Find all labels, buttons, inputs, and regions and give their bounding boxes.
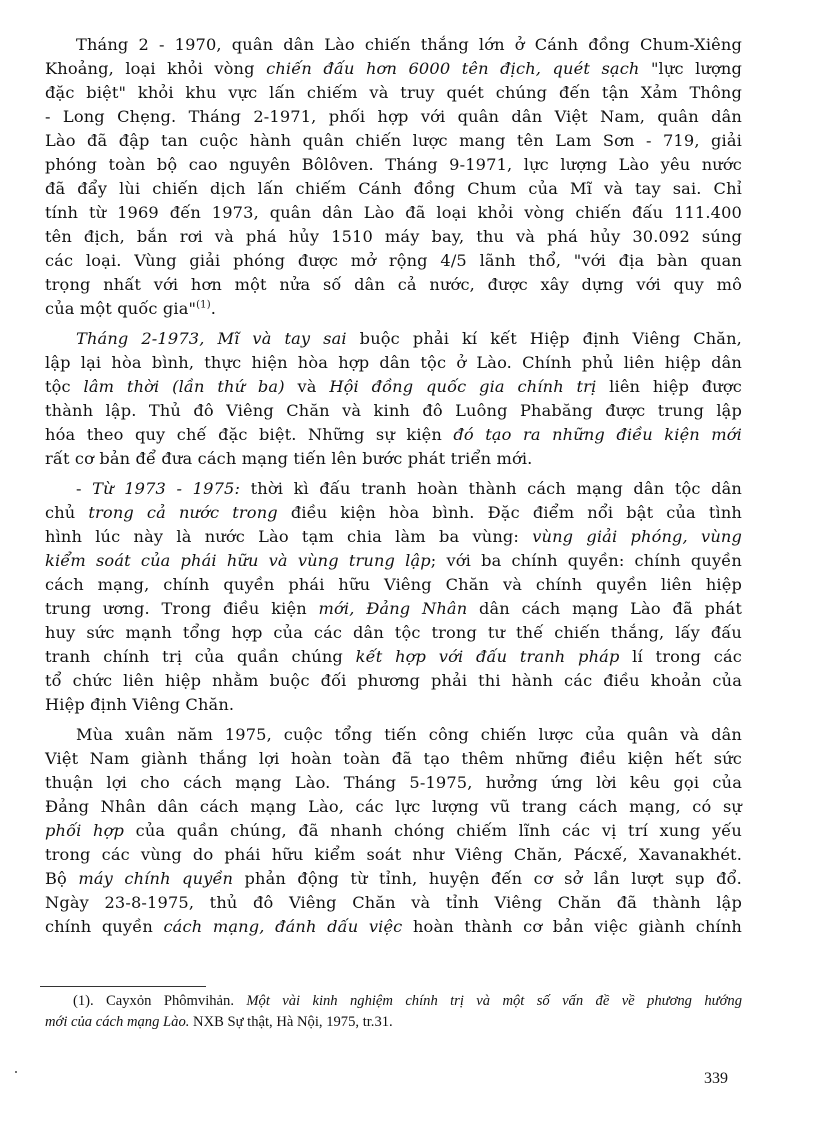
text-line: tên địch, bắn rơi và phá hủy 1510 máy ba… [45,225,742,249]
text-run: Mùa xuân năm 1975, cuộc tổng tiến công c… [76,725,742,744]
text-run: hóa theo quy chế đặc biệt. Những sự kiện [45,425,453,444]
italic-text-run: đó tạo ra những điều kiện mới [453,425,742,444]
text-run: Tháng 2 - 1970, quân dân Lào chiến thắng… [76,35,742,54]
text-line: phóng toàn bộ cao nguyên Bôlôven. Tháng … [45,153,742,177]
footnote-reference: (1) [196,300,211,311]
text-run: điều kiện hòa bình. Đặc điểm nổi bật của… [278,503,742,522]
text-run: rất cơ bản để đưa cách mạng tiến lên bướ… [45,449,532,468]
italic-text-run: trong cả nước trong [88,503,277,522]
text-run: (1). Cayxỏn Phômvihản. [73,993,246,1009]
text-run: lập lại hòa bình, thực hiện hòa hợp dân … [45,353,742,372]
text-line: chính quyền cách mạng, đánh dấu việc hoà… [45,915,742,939]
document-page: Tháng 2 - 1970, quân dân Lào chiến thắng… [0,0,816,1123]
italic-text-run: chiến đấu hơn 6000 tên địch, quét sạch [266,59,639,78]
text-line: trung ương. Trong điều kiện mới, Đảng Nh… [45,597,742,621]
text-line: tính từ 1969 đến 1973, quân dân Lào đã l… [45,201,742,225]
text-run: và [285,377,330,396]
paragraph-2: Tháng 2-1973, Mĩ và tay sai buộc phải kí… [45,327,742,471]
text-line: Lào đã đập tan cuộc hành quân chiến lược… [45,129,742,153]
text-line: Ngày 23-8-1975, thủ đô Viêng Chăn và tỉn… [45,891,742,915]
text-line: chủ trong cả nước trong điều kiện hòa bì… [45,501,742,525]
text-line: Khoảng, loại khỏi vòng chiến đấu hơn 600… [45,57,742,81]
text-line: tranh chính trị của quần chúng kết hợp v… [45,645,742,669]
text-run: tính từ 1969 đến 1973, quân dân Lào đã l… [45,203,742,222]
footnote-line: mới của cách mạng Lào. NXB Sự thật, Hà N… [45,1012,742,1033]
text-run: tranh chính trị của quần chúng [45,647,356,666]
text-run: ; với ba chính quyền: chính quyền [431,551,742,570]
page-number: 339 [704,1070,728,1088]
italic-text-run: máy chính quyền [78,869,233,888]
text-run: lí trong các [619,647,742,666]
text-run: huy sức mạnh tổng hợp của các dân tộc tr… [45,623,742,642]
text-run: Việt Nam giành thắng lợi hoàn toàn đã tạ… [45,749,742,768]
text-line: Đảng Nhân dân cách mạng Lào, các lực lượ… [45,795,742,819]
text-line: hóa theo quy chế đặc biệt. Những sự kiện… [45,423,742,447]
italic-text-run: mới, Đảng Nhân [318,599,467,618]
italic-text-run: kết hợp với đấu tranh pháp [356,647,620,666]
text-run: các loại. Vùng giải phóng được mở rộng 4… [45,251,742,270]
text-run: tổ chức liên hiệp nhằm buộc đối phương p… [45,671,742,690]
text-run: Ngày 23-8-1975, thủ đô Viêng Chăn và tỉn… [45,893,742,912]
text-line: trọng nhất với hơn một nửa số dân cả nướ… [45,273,742,297]
text-line: tổ chức liên hiệp nhằm buộc đối phương p… [45,669,742,693]
text-line: đặc biệt" khỏi khu vực lấn chiếm và truy… [45,81,742,105]
text-run: hình lúc này là nước Lào tạm chia làm ba… [45,527,532,546]
text-run: thành lập. Thủ đô Viêng Chăn và kinh đô … [45,401,742,420]
text-run: Đảng Nhân dân cách mạng Lào, các lực lượ… [45,797,742,816]
text-run: tộc [45,377,84,396]
body-text: Tháng 2 - 1970, quân dân Lào chiến thắng… [45,33,742,939]
text-run: chủ [45,503,88,522]
text-line: hình lúc này là nước Lào tạm chia làm ba… [45,525,742,549]
text-line: Tháng 2 - 1970, quân dân Lào chiến thắng… [45,33,742,57]
text-line: Việt Nam giành thắng lợi hoàn toàn đã tạ… [45,747,742,771]
text-line: tộc lâm thời (lần thứ ba) và Hội đồng qu… [45,375,742,399]
italic-text-run: Một vài kinh nghiệm chính trị và một số … [246,993,742,1009]
text-run: cách mạng, chính quyền phái hữu Viêng Ch… [45,575,742,594]
text-run: trong các vùng do phái hữu kiểm soát như… [45,845,742,864]
text-line: trong các vùng do phái hữu kiểm soát như… [45,843,742,867]
text-run: . [211,299,216,318]
text-run: - Long Chẹng. Tháng 2-1971, phối hợp với… [45,107,742,126]
italic-text-run: Từ 1973 - 1975: [92,479,240,498]
italic-text-run: mới của cách mạng Lào. [45,1014,189,1030]
text-run: Lào đã đập tan cuộc hành quân chiến lược… [45,131,742,150]
text-line: phối hợp của quần chúng, đã nhanh chóng … [45,819,742,843]
text-line: Bộ máy chính quyền phản động từ tỉnh, hu… [45,867,742,891]
text-line: các loại. Vùng giải phóng được mở rộng 4… [45,249,742,273]
text-line: Hiệp định Viêng Chăn. [45,693,742,717]
text-run: Bộ [45,869,78,888]
text-run: liên hiệp được [596,377,742,396]
scan-artifact [15,1071,17,1073]
text-run: đặc biệt" khỏi khu vực lấn chiếm và truy… [45,83,742,102]
paragraph-4: Mùa xuân năm 1975, cuộc tổng tiến công c… [45,723,742,939]
footnote-line: (1). Cayxỏn Phômvihản. Một vài kinh nghi… [45,991,742,1012]
text-line: Tháng 2-1973, Mĩ và tay sai buộc phải kí… [45,327,742,351]
italic-text-run: vùng giải phóng, vùng [532,527,742,546]
italic-text-run: Tháng 2-1973, Mĩ và tay sai [76,329,347,348]
footnote-divider [40,986,206,987]
paragraph-3: - Từ 1973 - 1975: thời kì đấu tranh hoàn… [45,477,742,717]
italic-text-run: Hội đồng quốc gia chính trị [329,377,596,396]
text-run: tên địch, bắn rơi và phá hủy 1510 máy ba… [45,227,742,246]
italic-text-run: phối hợp [45,821,124,840]
text-line: - Từ 1973 - 1975: thời kì đấu tranh hoàn… [45,477,742,501]
text-run: phóng toàn bộ cao nguyên Bôlôven. Tháng … [45,155,742,174]
text-run: của một quốc gia" [45,299,196,318]
text-run: trọng nhất với hơn một nửa số dân cả nướ… [45,275,742,294]
text-run: - [76,479,92,498]
italic-text-run: kiểm soát của phái hữu và vùng trung lập [45,551,431,570]
text-line: của một quốc gia"(1). [45,297,742,321]
text-run: của quần chúng, đã nhanh chóng chiếm lĩn… [124,821,742,840]
text-run: thời kì đấu tranh hoàn thành cách mạng d… [240,479,742,498]
italic-text-run: cách mạng, đánh dấu việc [163,917,402,936]
text-run: thuận lợi cho cách mạng Lào. Tháng 5-197… [45,773,742,792]
text-run: đã đẩy lùi chiến dịch lấn chiếm Cánh đồn… [45,179,742,198]
footnote: (1). Cayxỏn Phômvihản. Một vài kinh nghi… [45,991,742,1033]
text-line: kiểm soát của phái hữu và vùng trung lập… [45,549,742,573]
text-run: Hiệp định Viêng Chăn. [45,695,234,714]
text-line: lập lại hòa bình, thực hiện hòa hợp dân … [45,351,742,375]
text-line: - Long Chẹng. Tháng 2-1971, phối hợp với… [45,105,742,129]
text-line: đã đẩy lùi chiến dịch lấn chiếm Cánh đồn… [45,177,742,201]
text-run: buộc phải kí kết Hiệp định Viêng Chăn, [347,329,742,348]
text-run: NXB Sự thật, Hà Nội, 1975, tr.31. [189,1014,392,1030]
text-run: trung ương. Trong điều kiện [45,599,318,618]
paragraph-1: Tháng 2 - 1970, quân dân Lào chiến thắng… [45,33,742,321]
text-line: Mùa xuân năm 1975, cuộc tổng tiến công c… [45,723,742,747]
text-line: thành lập. Thủ đô Viêng Chăn và kinh đô … [45,399,742,423]
text-line: cách mạng, chính quyền phái hữu Viêng Ch… [45,573,742,597]
text-run: dân cách mạng Lào đã phát [467,599,742,618]
text-run: chính quyền [45,917,163,936]
text-line: rất cơ bản để đưa cách mạng tiến lên bướ… [45,447,742,471]
text-line: huy sức mạnh tổng hợp của các dân tộc tr… [45,621,742,645]
text-run: Khoảng, loại khỏi vòng [45,59,266,78]
text-run: hoàn thành cơ bản việc giành chính [402,917,742,936]
text-run: phản động từ tỉnh, huyện đến cơ sở lần l… [233,869,742,888]
italic-text-run: lâm thời (lần thứ ba) [84,377,285,396]
text-run: "lực lượng [640,59,743,78]
text-line: thuận lợi cho cách mạng Lào. Tháng 5-197… [45,771,742,795]
